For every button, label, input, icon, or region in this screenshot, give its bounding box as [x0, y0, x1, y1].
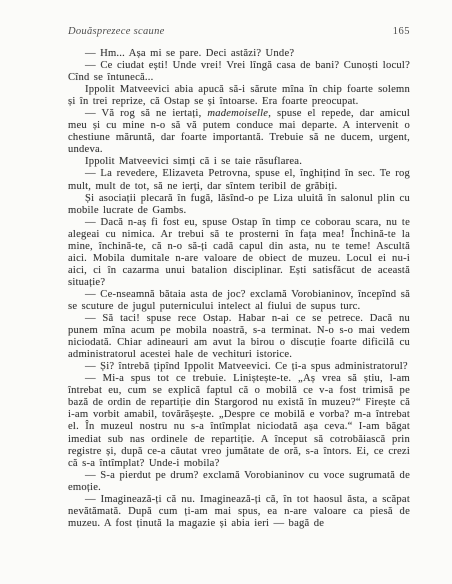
paragraph: — Să taci! spuse rece Ostap. Habar n-ai …: [68, 313, 410, 361]
paragraph-run: Ippolit Matveevici abia apucă să-i sărut…: [68, 84, 410, 107]
paragraph: — Ce-nseamnă bătaia asta de joc? exclamă…: [68, 289, 410, 313]
paragraph: Ippolit Matveevici abia apucă să-i sărut…: [68, 84, 410, 108]
paragraph-run: — Ce ciudat ești! Unde vrei! Vrei lîngă …: [68, 60, 410, 83]
paragraph-run: — La revedere, Elizaveta Petrovna, spuse…: [68, 168, 410, 191]
paragraph-run: Ippolit Matveevici simți că i se taie ră…: [85, 156, 302, 167]
running-head: Douăsprezece scaune 165: [68, 26, 410, 37]
paragraph-run: — Mi-a spus tot ce trebuie. Liniștește-t…: [68, 373, 410, 468]
paragraph-run: — Ce-nseamnă bătaia asta de joc? exclamă…: [68, 289, 410, 312]
paragraph: — Hm... Așa mi se pare. Deci astăzi? Und…: [68, 48, 410, 60]
page-number: 165: [393, 26, 410, 37]
paragraph-run: — Să taci! spuse rece Ostap. Habar n-ai …: [68, 313, 410, 360]
paragraph-run: Și asociații plecară în fugă, lăsînd-o p…: [68, 193, 410, 216]
text-block: — Hm... Așa mi se pare. Deci astăzi? Und…: [68, 48, 410, 530]
paragraph-run: — Hm... Așa mi se pare. Deci astăzi? Und…: [85, 48, 294, 59]
book-page: Douăsprezece scaune 165 — Hm... Așa mi s…: [0, 0, 452, 584]
paragraph-run: — Imaginează-ți că nu. Imaginează-ți că,…: [68, 494, 410, 529]
book-title: Douăsprezece scaune: [68, 26, 165, 37]
paragraph-run: — Vă rog să ne iertați,: [85, 108, 207, 119]
paragraph: — Mi-a spus tot ce trebuie. Liniștește-t…: [68, 373, 410, 469]
paragraph-run: — S-a pierdut pe drum? exclamă Vorobiani…: [68, 470, 410, 493]
paragraph: — Imaginează-ți că nu. Imaginează-ți că,…: [68, 494, 410, 530]
paragraph: — Dacă n-aș fi fost eu, spuse Ostap în t…: [68, 217, 410, 289]
paragraph-run: — Dacă n-aș fi fost eu, spuse Ostap în t…: [68, 217, 410, 288]
paragraph: — S-a pierdut pe drum? exclamă Vorobiani…: [68, 470, 410, 494]
paragraph: — Vă rog să ne iertați, mademoiselle, sp…: [68, 108, 410, 156]
paragraph-run: — Și? întrebă țipînd Ippolit Matveevici.…: [85, 361, 408, 372]
paragraph-run-italic: mademoiselle: [207, 108, 268, 119]
paragraph: Ippolit Matveevici simți că i se taie ră…: [68, 156, 410, 168]
paragraph: — Și? întrebă țipînd Ippolit Matveevici.…: [68, 361, 410, 373]
paragraph: — La revedere, Elizaveta Petrovna, spuse…: [68, 168, 410, 192]
paragraph: — Ce ciudat ești! Unde vrei! Vrei lîngă …: [68, 60, 410, 84]
paragraph: Și asociații plecară în fugă, lăsînd-o p…: [68, 193, 410, 217]
